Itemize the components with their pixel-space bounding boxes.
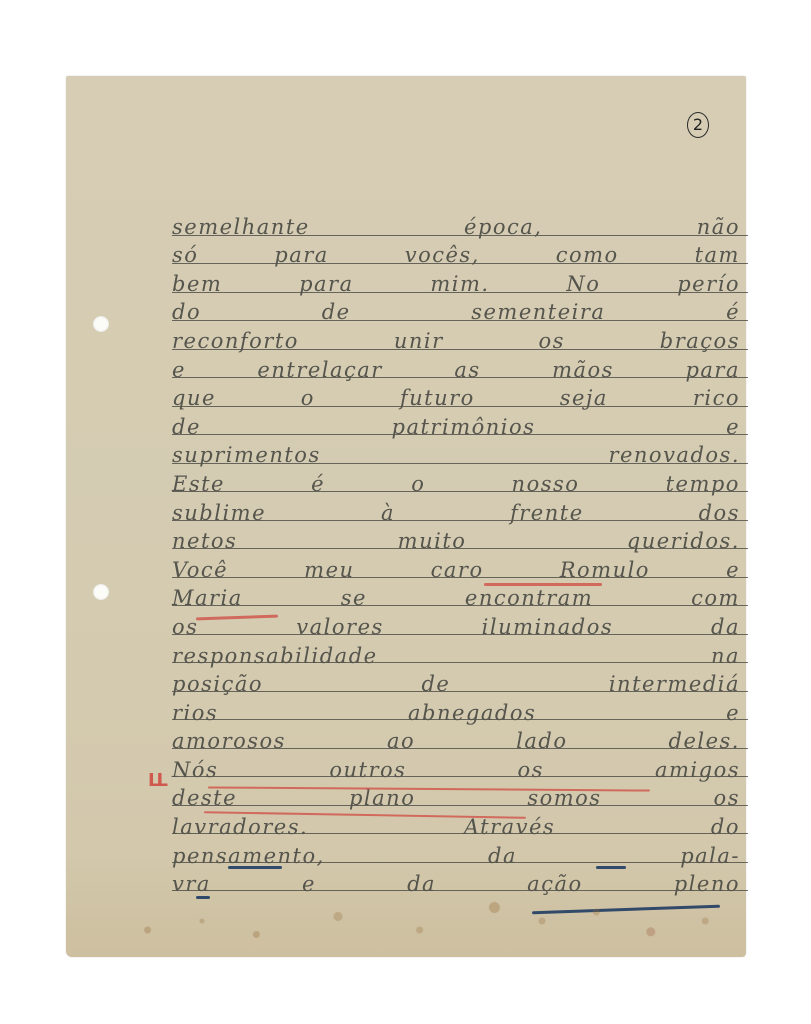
text-line: Você meu caro Romulo e [172, 553, 744, 582]
text-line: pensamento, da pala- [172, 839, 744, 868]
text-line: netos muito queridos. [172, 525, 744, 554]
text-line: Nós outros os amigos [172, 753, 744, 782]
text-line: posição de intermediá [172, 668, 744, 697]
handwritten-text: semelhante época, não só para vocês, com… [172, 210, 744, 896]
text-line: reconforto unir os braços [172, 324, 744, 353]
text-line: de patrimônios e [172, 410, 744, 439]
text-line: semelhante época, não [172, 210, 744, 239]
red-underline-romulo [484, 583, 602, 586]
blue-dash [196, 896, 210, 899]
text-line: vra e da ação pleno [172, 868, 744, 897]
blue-underline-pensamento [228, 866, 282, 869]
blue-underline-pala [596, 866, 626, 869]
text-line: Maria se encontram com [172, 582, 744, 611]
text-line: rios abnegados e [172, 696, 744, 725]
text-line: do de sementeira é [172, 296, 744, 325]
scanned-page: 2 LL semelhante época, não [66, 76, 746, 957]
text-line: que o futuro seja rico [172, 382, 744, 411]
red-margin-mark: LL [148, 770, 165, 791]
text-line: sublime à frente dos [172, 496, 744, 525]
punch-hole [93, 316, 109, 332]
text-line: só para vocês, como tam [172, 239, 744, 268]
text-line: amorosos ao lado deles. [172, 725, 744, 754]
text-line: responsabilidade na [172, 639, 744, 668]
text-line: bem para mim. No perío [172, 267, 744, 296]
text-line: Este é o nosso tempo [172, 467, 744, 496]
punch-hole [93, 584, 109, 600]
text-line: suprimentos renovados. [172, 439, 744, 468]
text-line: e entrelaçar as mãos para [172, 353, 744, 382]
